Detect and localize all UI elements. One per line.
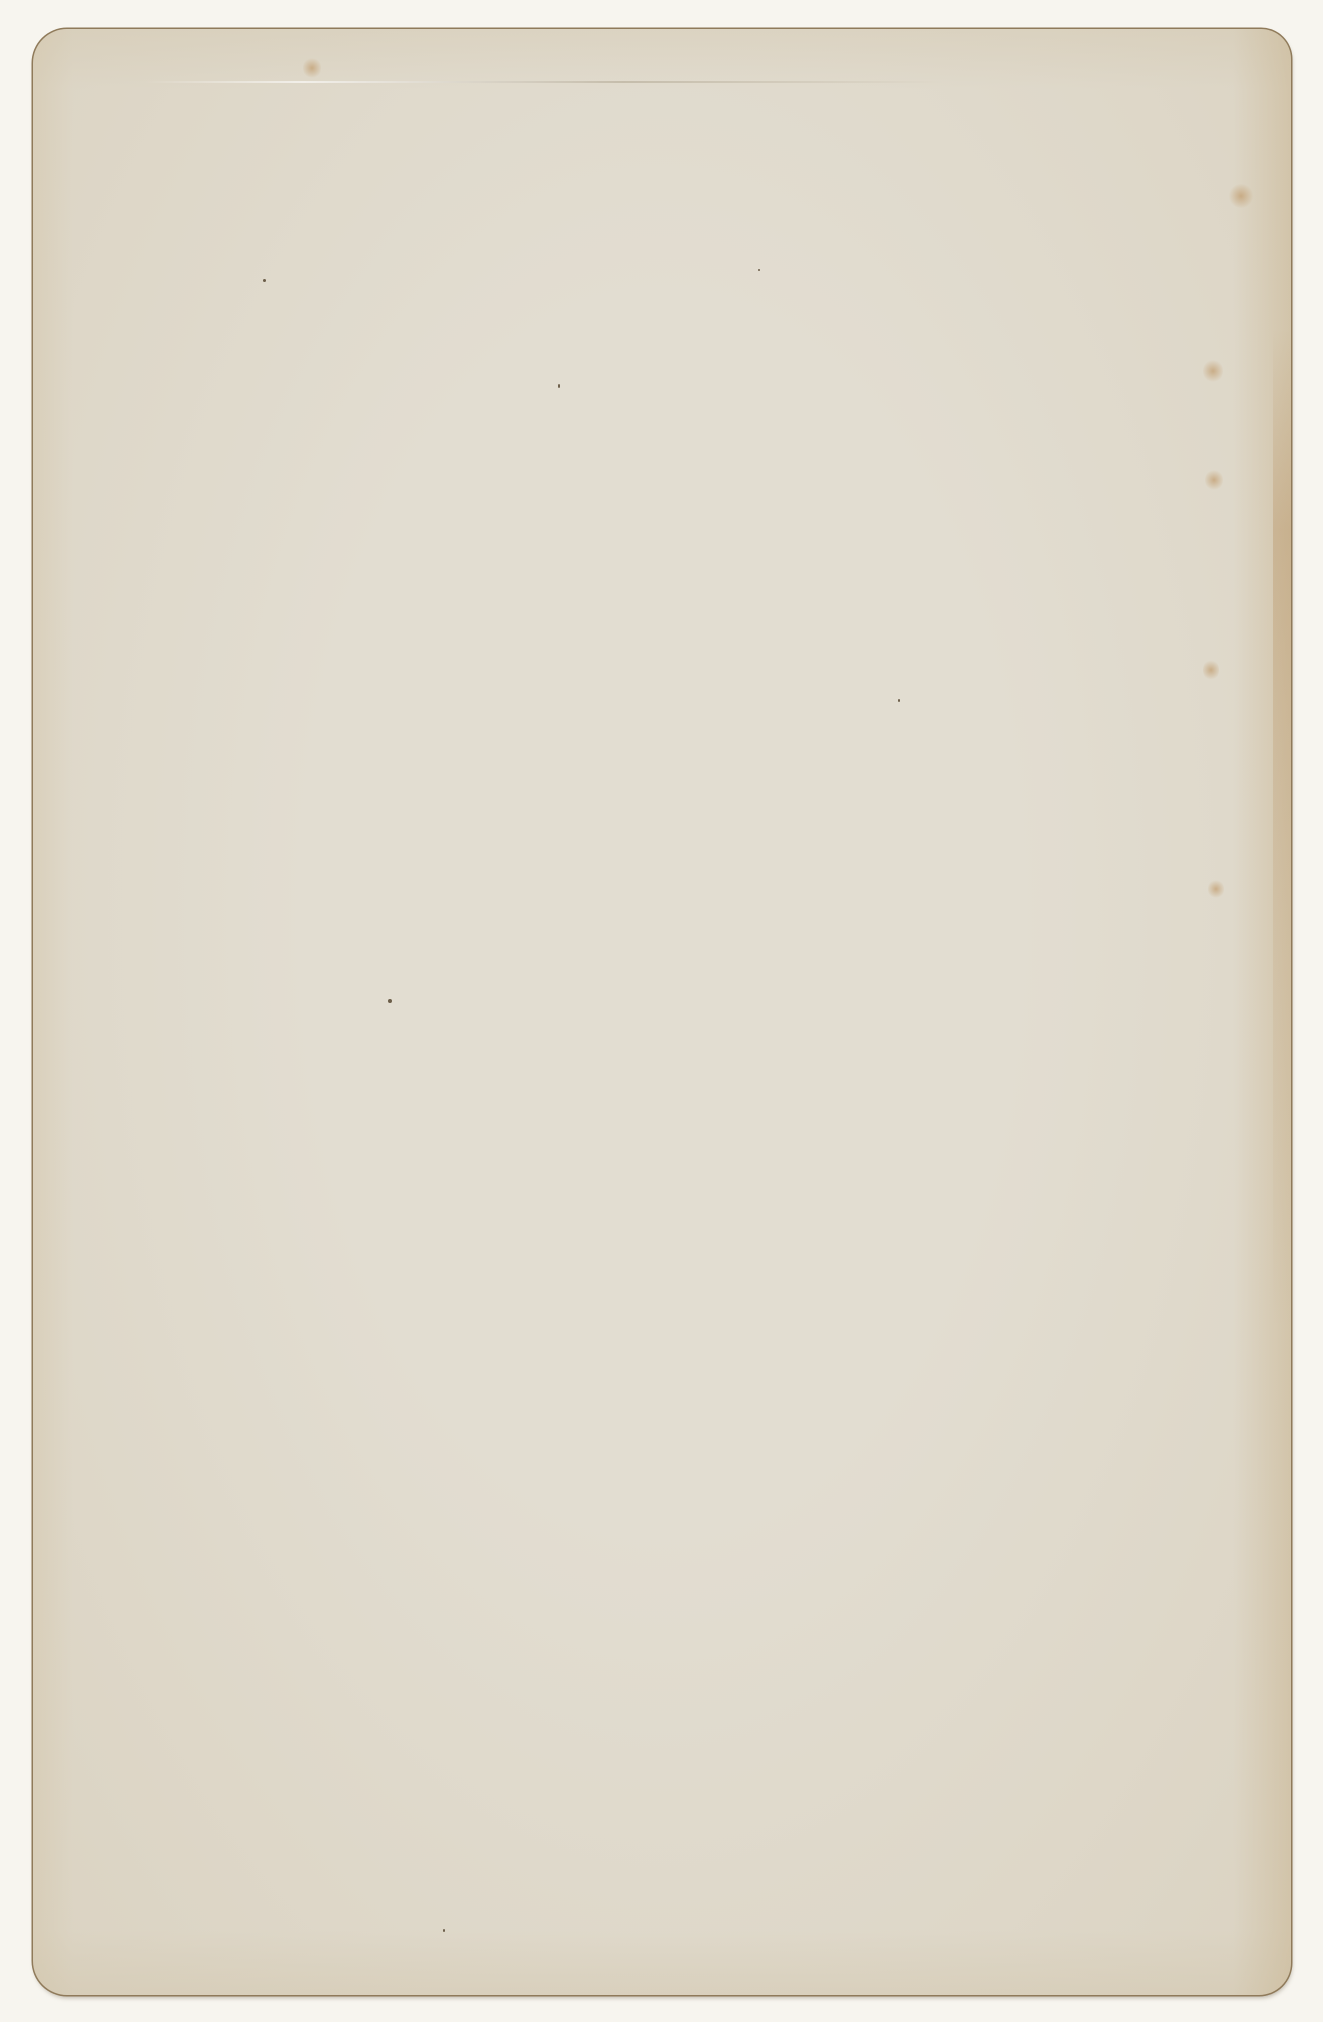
speck (758, 269, 760, 271)
foxing-stain (1228, 184, 1254, 208)
foxing-stain (1203, 659, 1219, 681)
edge-foxing (1273, 329, 1291, 1329)
scan-background (0, 0, 1323, 2022)
speck (388, 999, 392, 1003)
foxing-stain (303, 57, 321, 79)
surface-crease (143, 81, 943, 83)
speck (263, 279, 266, 282)
speck (558, 384, 560, 388)
blank-card (33, 29, 1291, 1995)
speck (443, 1929, 445, 1932)
foxing-stain (1208, 879, 1224, 899)
foxing-stain (1205, 469, 1223, 491)
speck (898, 699, 900, 702)
foxing-stain (1203, 359, 1223, 383)
